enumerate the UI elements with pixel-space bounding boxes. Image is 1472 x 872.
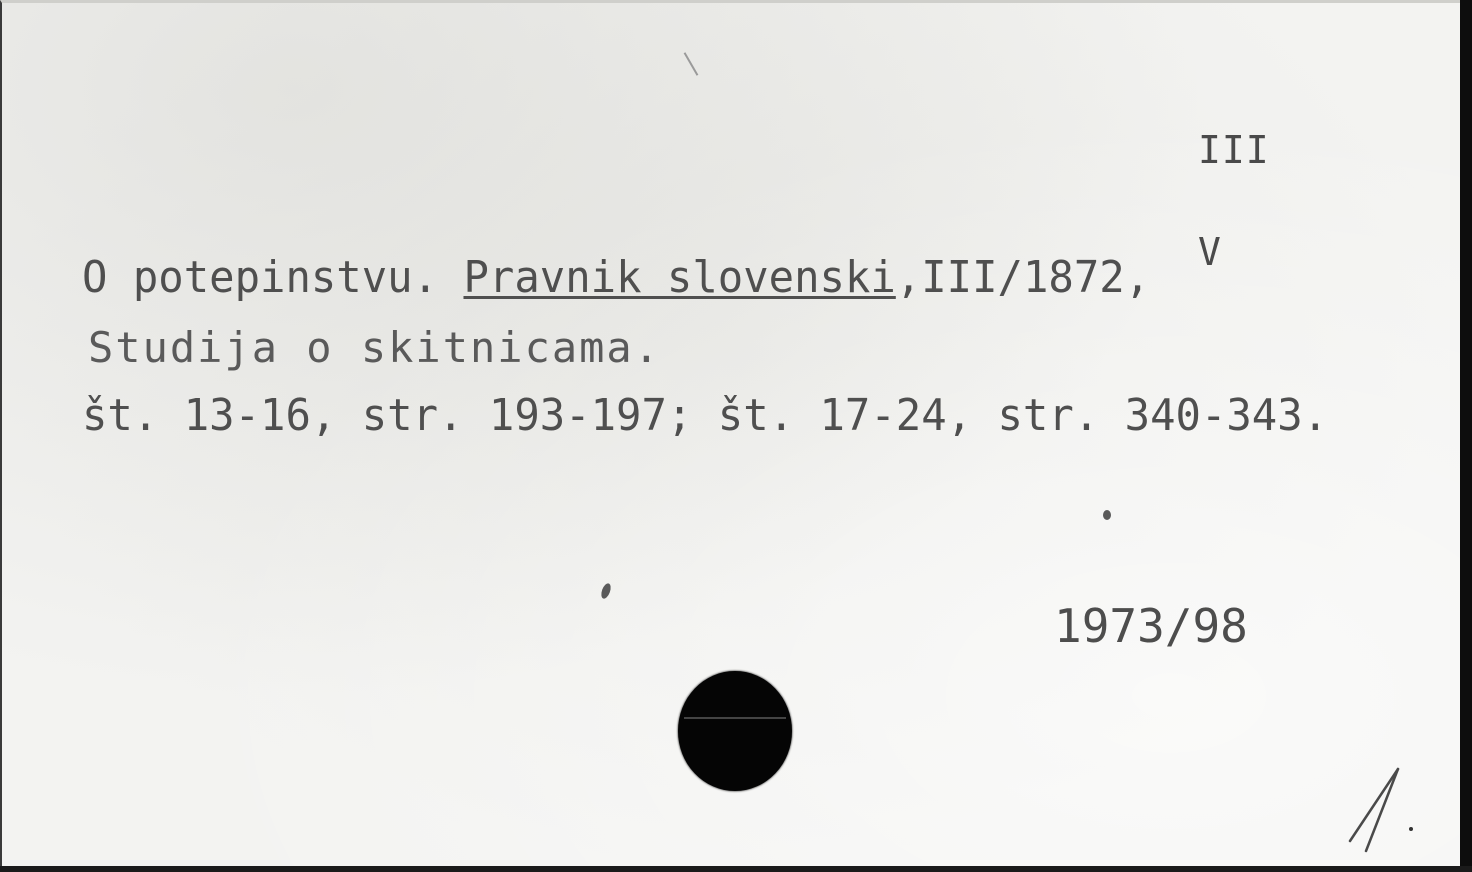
citation-line-2: št. 13-16, str. 193-197; št. 17-24, str.… — [82, 393, 1328, 439]
punch-hole — [678, 671, 792, 791]
shelf-mark-line-1: III — [1198, 133, 1294, 167]
card-right-border — [1460, 0, 1472, 872]
citation-volume-year: ,III/1872, — [896, 252, 1150, 303]
citation-title: O potepinstvu. — [82, 252, 438, 303]
citation-line-1: O potepinstvu. Pravnik slovenski,III/187… — [82, 255, 1328, 301]
handwritten-number-mark-icon — [1346, 763, 1416, 853]
catalog-card: III V O potepinstvu. Pravnik slovenski,I… — [0, 0, 1462, 869]
accession-number: 1973/98 — [1054, 599, 1248, 653]
citation-journal: Pravnik slovenski — [463, 252, 895, 303]
ink-speck — [1103, 510, 1111, 520]
card-bottom-border — [0, 866, 1472, 872]
card-note: Studija o skitnicama. — [88, 323, 661, 373]
ink-speck — [600, 582, 613, 600]
stray-mark — [684, 52, 699, 76]
